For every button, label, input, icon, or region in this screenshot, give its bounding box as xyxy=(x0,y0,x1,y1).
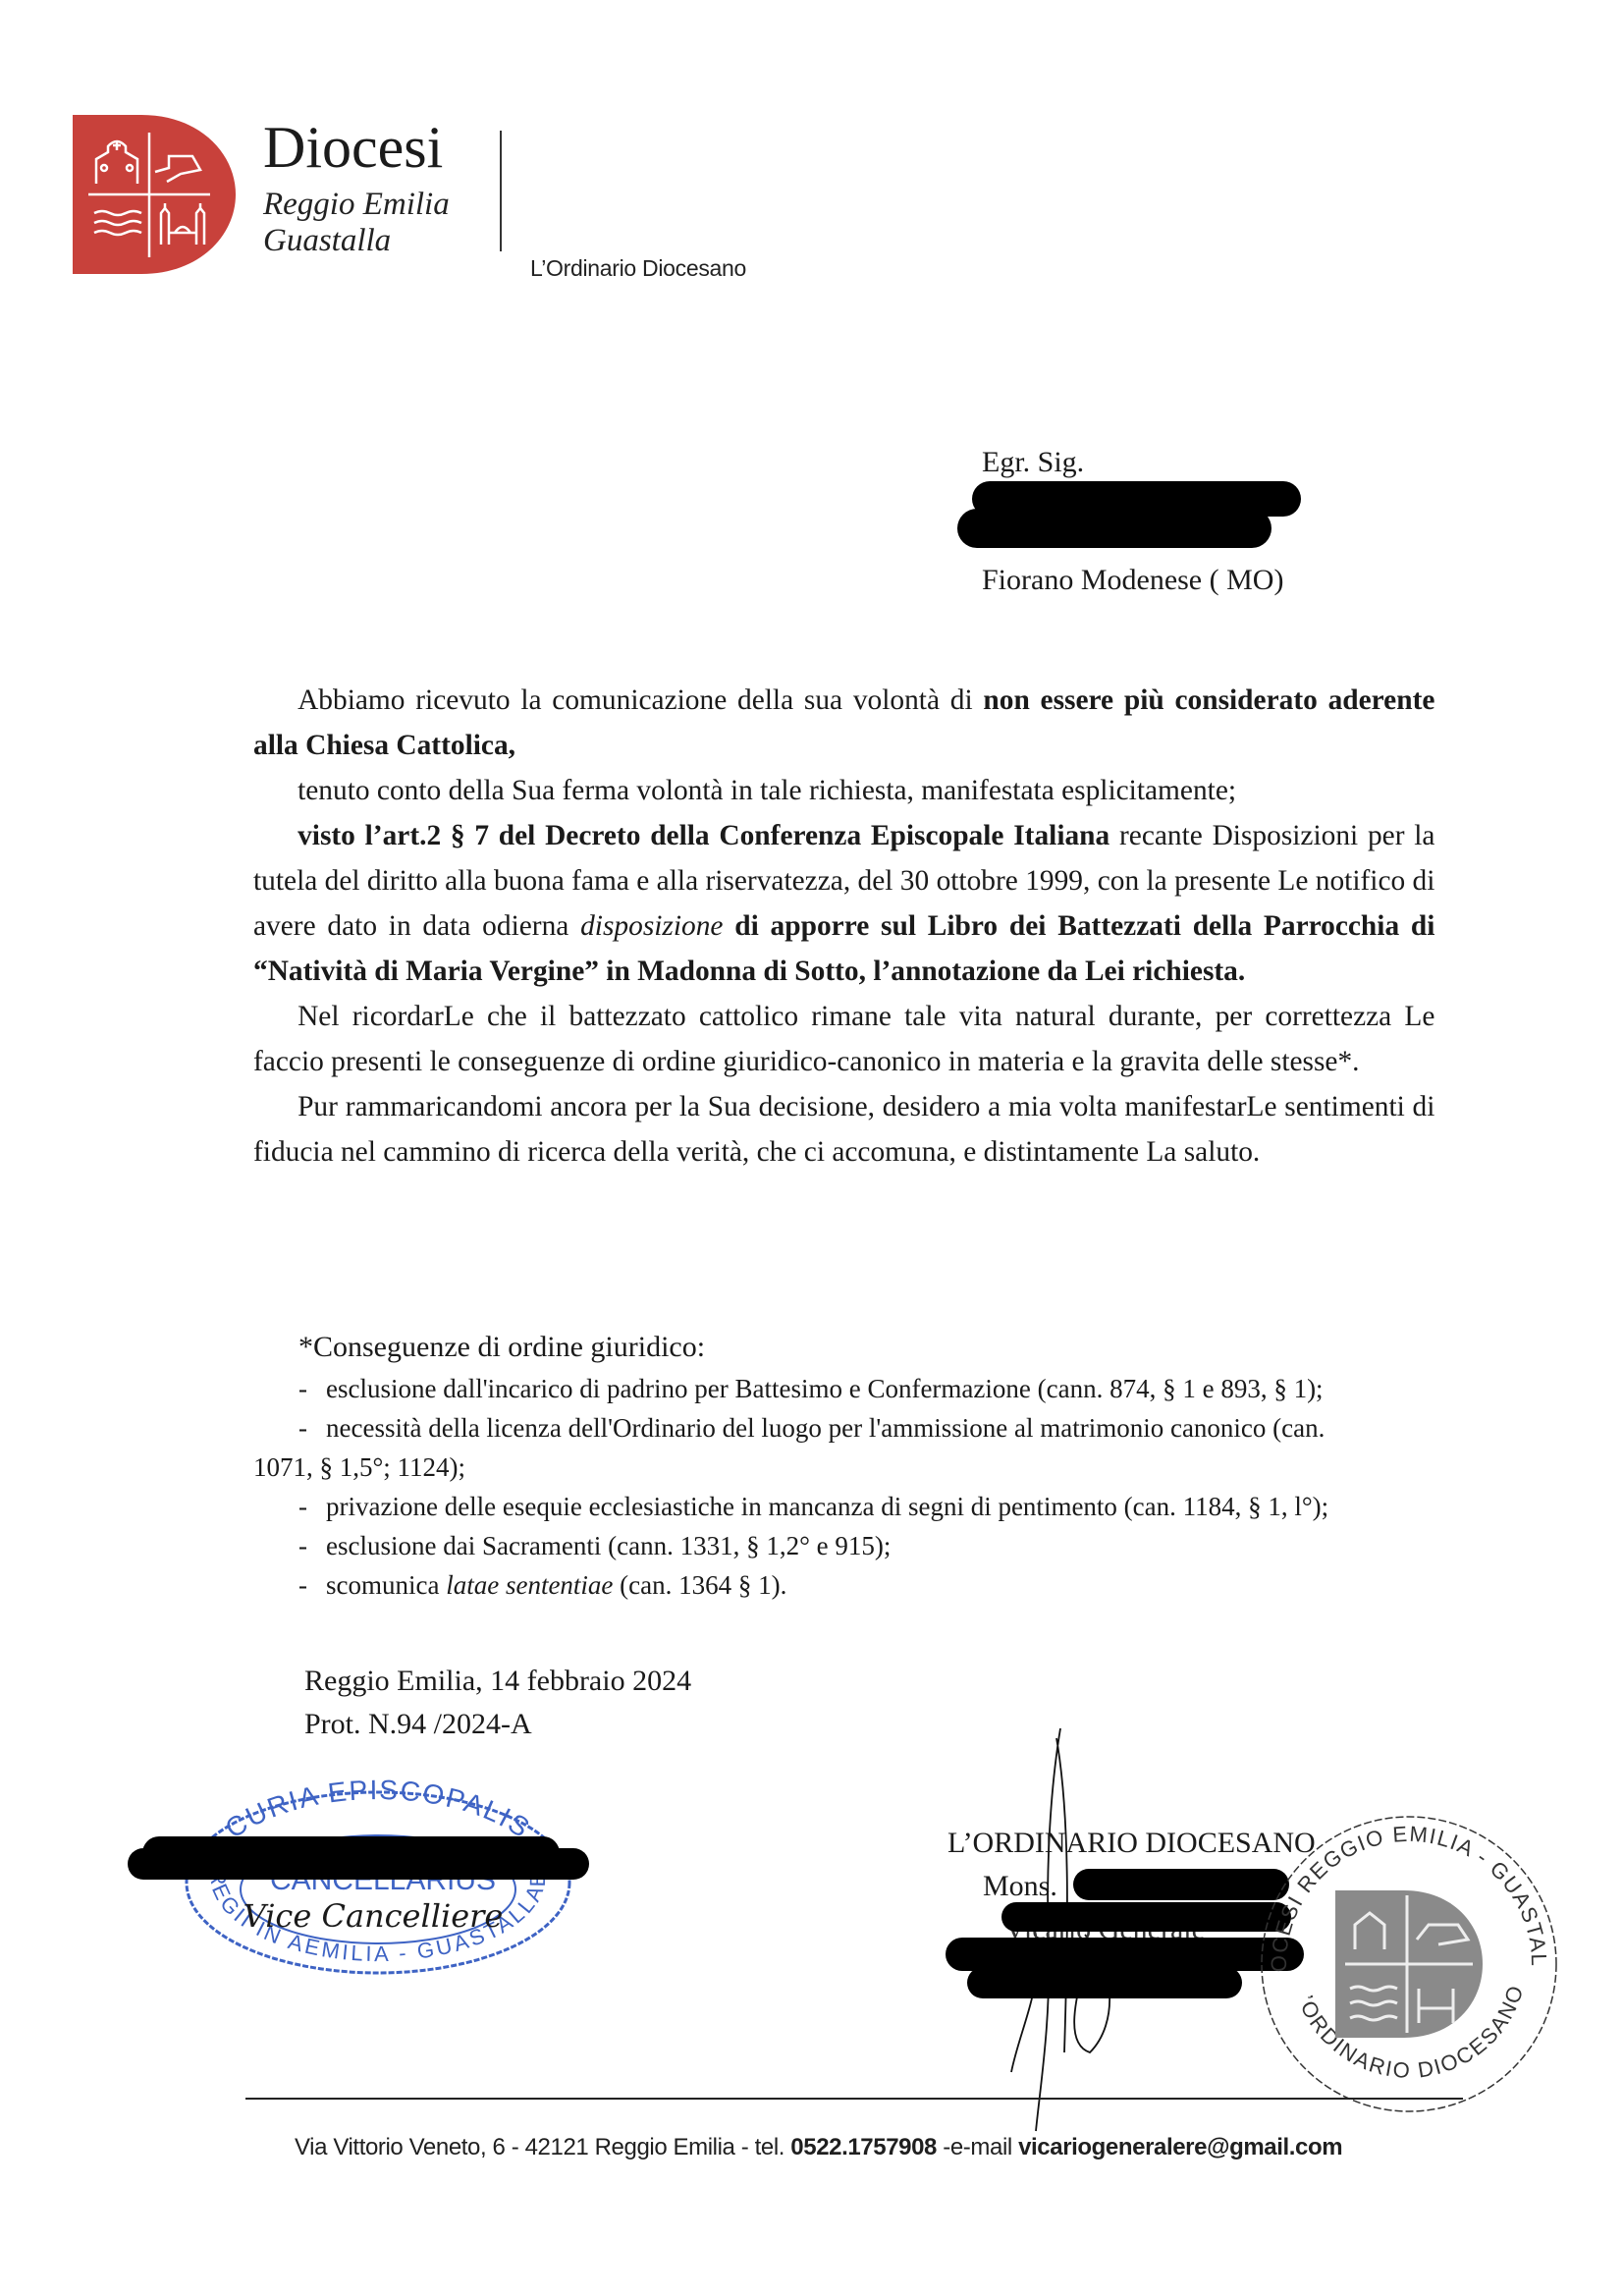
paragraph-text: Abbiamo ricevuto la comunicazione della … xyxy=(298,683,983,716)
paragraph-italic: disposizione xyxy=(580,909,723,942)
protocol-number: Prot. N.94 /2024-A xyxy=(304,1703,691,1746)
office-label: L’Ordinario Diocesano xyxy=(530,255,746,282)
brand-subtitle: Reggio Emilia Guastalla xyxy=(263,187,450,259)
consequence-item: esclusione dai Sacramenti (cann. 1331, §… xyxy=(253,1526,1490,1565)
consequence-text-cont: 1071, § 1,5°; 1124); xyxy=(253,1448,1490,1487)
consequence-item: esclusione dall'incarico di padrino per … xyxy=(253,1369,1490,1408)
ordinary-seal-stamp: DIOCESI REGGIO EMILIA - GUASTALLA L’ORDI… xyxy=(1242,1797,1576,2121)
redaction-bar xyxy=(128,1848,589,1880)
consequence-text: necessità della licenza dell'Ordinario d… xyxy=(326,1413,1325,1443)
paragraph-4: Nel ricordarLe che il battezzato cattoli… xyxy=(253,994,1434,1084)
consequence-text: scomunica xyxy=(326,1570,446,1600)
consequences-list: *Conseguenze di ordine giuridico: esclus… xyxy=(253,1326,1490,1605)
svg-text:Vice Cancelliere: Vice Cancelliere xyxy=(243,1897,504,1935)
footer-divider xyxy=(245,2098,1463,2100)
chancery-stamp: CURIA EPISCOPALIS REGII IN AEMILIA - GUA… xyxy=(167,1779,579,1976)
paragraph-3: visto l’art.2 § 7 del Decreto della Conf… xyxy=(253,813,1434,994)
brand-subtitle-line2: Guastalla xyxy=(263,223,450,259)
recipient-salutation: Egr. Sig. xyxy=(982,448,1084,477)
footer-contacts: Via Vittorio Veneto, 6 - 42121 Reggio Em… xyxy=(295,2134,1342,2161)
brand-title: Diocesi xyxy=(263,118,443,177)
place-date: Reggio Emilia, 14 febbraio 2024 xyxy=(304,1660,691,1703)
redaction-bar xyxy=(967,1967,1242,1998)
consequence-text: (can. 1364 § 1). xyxy=(613,1570,786,1600)
consequences-heading: *Conseguenze di ordine giuridico: xyxy=(253,1326,1490,1369)
date-block: Reggio Emilia, 14 febbraio 2024 Prot. N.… xyxy=(304,1660,691,1746)
diocese-logo xyxy=(73,115,236,274)
recipient-city: Fiorano Modenese ( MO) xyxy=(982,566,1283,595)
consequence-item: privazione delle esequie ecclesiastiche … xyxy=(253,1487,1490,1526)
paragraph-emphasis: visto l’art.2 § 7 del Decreto della Conf… xyxy=(298,819,1109,851)
consequence-item: scomunica latae sententiae (can. 1364 § … xyxy=(253,1565,1490,1605)
footer-address: Via Vittorio Veneto, 6 - 42121 Reggio Em… xyxy=(295,2134,790,2160)
paragraph-5: Pur rammaricandomi ancora per la Sua dec… xyxy=(253,1084,1434,1175)
paragraph-2: tenuto conto della Sua ferma volontà in … xyxy=(253,768,1434,813)
footer-email[interactable]: vicariogeneralere@gmail.com xyxy=(1018,2134,1342,2160)
brand-subtitle-line1: Reggio Emilia xyxy=(263,187,450,223)
redaction-bar xyxy=(957,509,1271,548)
paragraph-1: Abbiamo ricevuto la comunicazione della … xyxy=(253,678,1434,768)
diocese-seal-icon: DIOCESI REGGIO EMILIA - GUASTALLA L’ORDI… xyxy=(1242,1797,1576,2121)
diocese-shield-icon xyxy=(73,115,236,274)
consequence-italic: latae sententiae xyxy=(446,1570,613,1600)
footer-phone[interactable]: 0522.1757908 xyxy=(790,2134,937,2160)
letter-body: Abbiamo ricevuto la comunicazione della … xyxy=(253,678,1434,1175)
header-divider xyxy=(500,131,502,251)
consequence-item: necessità della licenza dell'Ordinario d… xyxy=(253,1408,1490,1487)
footer-email-label: -e-mail xyxy=(937,2134,1018,2160)
